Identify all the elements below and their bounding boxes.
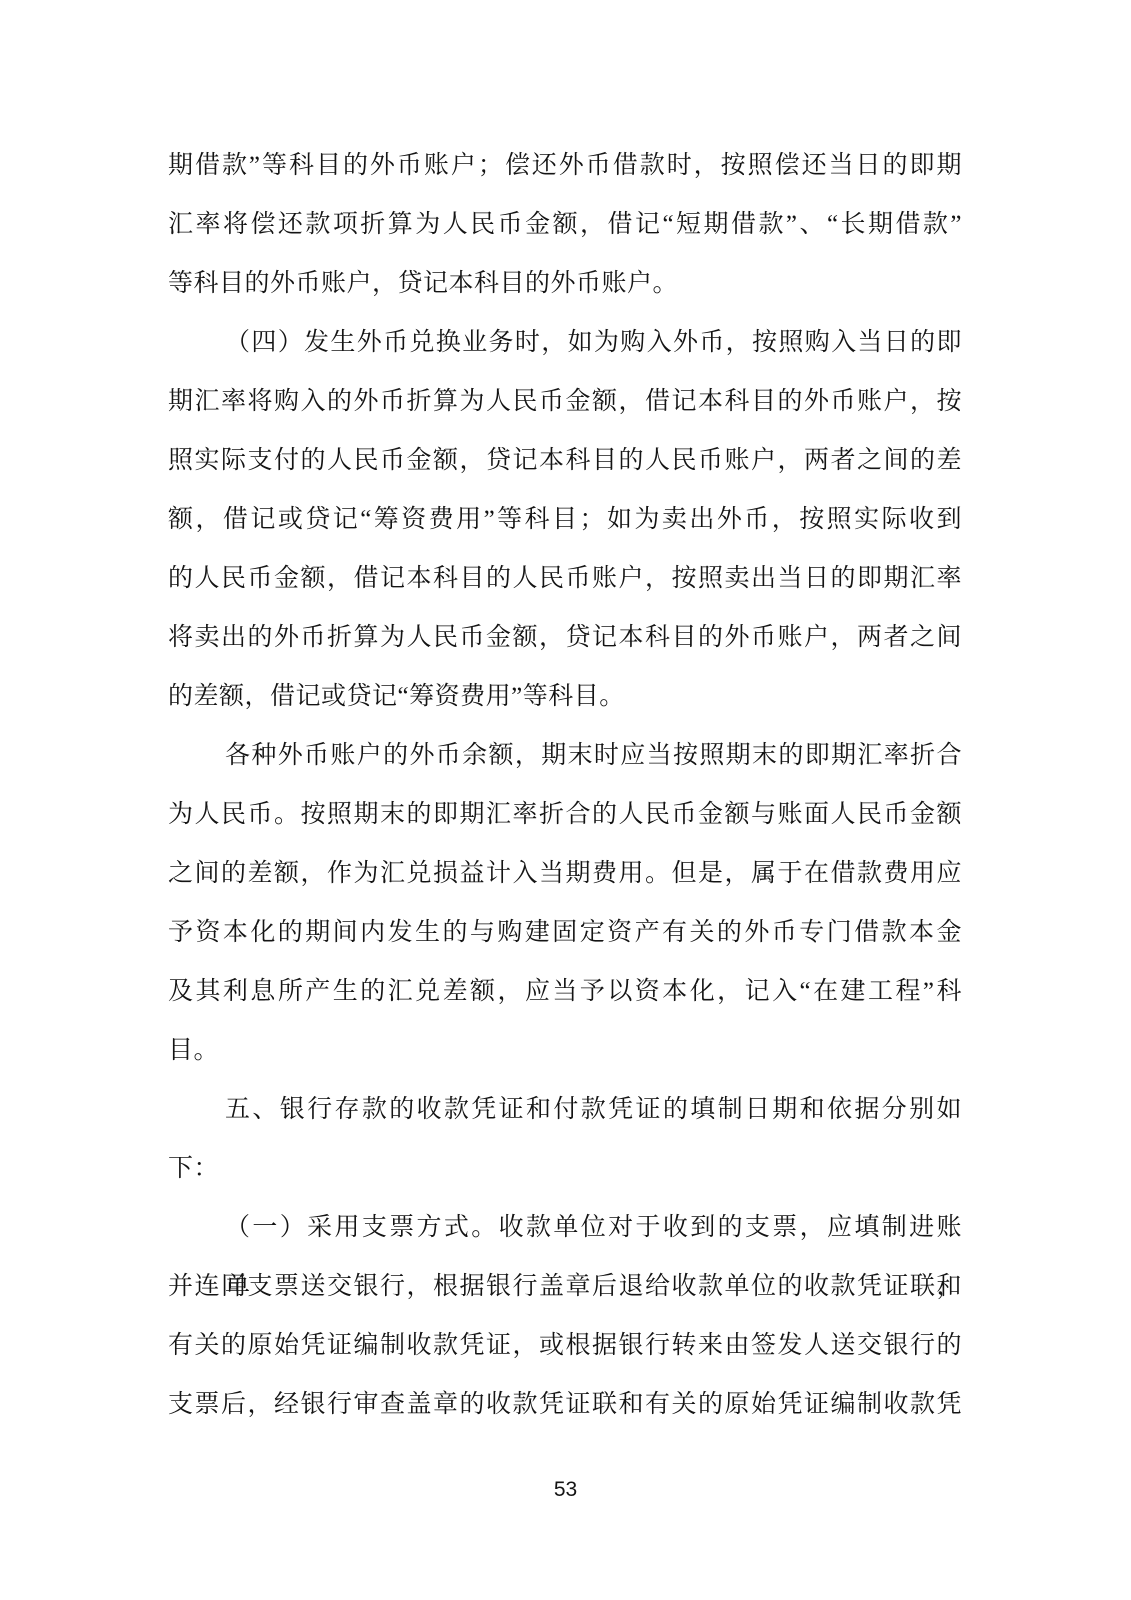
text-line: 汇率将偿还款项折算为人民币金额，借记“短期借款”、“长期借款” xyxy=(168,195,962,254)
text-line: 并连同支票送交银行，根据银行盖章后退给收款单位的收款凭证联和 xyxy=(168,1257,962,1316)
text-line: 将卖出的外币折算为人民币金额，贷记本科目的外币账户，两者之间 xyxy=(168,608,962,667)
text-line: （四）发生外币兑换业务时，如为购入外币，按照购入当日的即 xyxy=(168,313,962,372)
page-number: 53 xyxy=(0,1478,1131,1502)
text-line: 期借款”等科目的外币账户；偿还外币借款时，按照偿还当日的即期 xyxy=(168,136,962,195)
text-line: 之间的差额，作为汇兑损益计入当期费用。但是，属于在借款费用应 xyxy=(168,844,962,903)
document-body: 期借款”等科目的外币账户；偿还外币借款时，按照偿还当日的即期 汇率将偿还款项折算… xyxy=(168,136,962,1434)
text-line: 五、银行存款的收款凭证和付款凭证的填制日期和依据分别如 xyxy=(168,1080,962,1139)
text-line: 的人民币金额，借记本科目的人民币账户，按照卖出当日的即期汇率 xyxy=(168,549,962,608)
text-line: 额，借记或贷记“筹资费用”等科目；如为卖出外币，按照实际收到 xyxy=(168,490,962,549)
text-line: 的差额，借记或贷记“筹资费用”等科目。 xyxy=(168,667,962,726)
document-page: 期借款”等科目的外币账户；偿还外币借款时，按照偿还当日的即期 汇率将偿还款项折算… xyxy=(0,0,1131,1600)
text-line: 下： xyxy=(168,1139,962,1198)
text-line: 及其利息所产生的汇兑差额，应当予以资本化，记入“在建工程”科 xyxy=(168,962,962,1021)
text-line: 予资本化的期间内发生的与购建固定资产有关的外币专门借款本金 xyxy=(168,903,962,962)
text-line: （一）采用支票方式。收款单位对于收到的支票，应填制进账单， xyxy=(168,1198,962,1257)
text-line: 为人民币。按照期末的即期汇率折合的人民币金额与账面人民币金额 xyxy=(168,785,962,844)
text-line: 期汇率将购入的外币折算为人民币金额，借记本科目的外币账户，按 xyxy=(168,372,962,431)
text-line: 各种外币账户的外币余额，期末时应当按照期末的即期汇率折合 xyxy=(168,726,962,785)
text-line: 有关的原始凭证编制收款凭证，或根据银行转来由签发人送交银行的 xyxy=(168,1316,962,1375)
text-line: 照实际支付的人民币金额，贷记本科目的人民币账户，两者之间的差 xyxy=(168,431,962,490)
text-line: 支票后，经银行审查盖章的收款凭证联和有关的原始凭证编制收款凭 xyxy=(168,1375,962,1434)
text-line: 目。 xyxy=(168,1021,962,1080)
text-line: 等科目的外币账户，贷记本科目的外币账户。 xyxy=(168,254,962,313)
